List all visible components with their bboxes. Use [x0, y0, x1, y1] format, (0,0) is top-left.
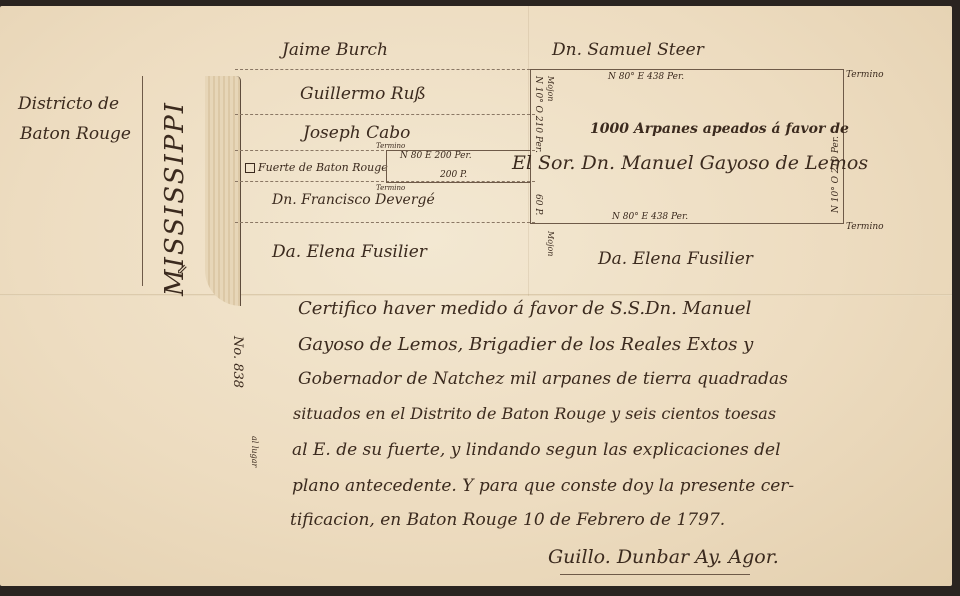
- district-label-line1: Districto de: [18, 94, 119, 114]
- tract-divider: [235, 222, 535, 223]
- strip-south-line: [386, 182, 530, 183]
- corner-termino-se: Termino: [846, 222, 884, 232]
- certificate-line: Gayoso de Lemos, Brigadier de los Reales…: [298, 334, 753, 355]
- fort-label: Fuerte de Baton Rouge: [258, 161, 388, 174]
- tract-owner: Dn. Francisco Devergé: [272, 192, 435, 208]
- south-neighbor: Da. Elena Fusilier: [598, 249, 753, 269]
- document-page: Districto de Baton Rouge MISSISSIPPI ⇙ J…: [0, 6, 952, 586]
- certificate-line: Gobernador de Natchez mil arpanes de tie…: [298, 369, 788, 389]
- tract-south-boundary: [530, 223, 844, 224]
- fold-crease: [0, 294, 952, 296]
- vertical-crease: [528, 6, 529, 296]
- certificate-line: tificacion, en Baton Rouge 10 de Febrero…: [290, 510, 725, 530]
- mojon-label: Mojon: [546, 76, 555, 101]
- tract-divider: [235, 114, 535, 115]
- tract-owner: Da. Elena Fusilier: [272, 242, 427, 262]
- corner-termino-ne: Termino: [846, 70, 884, 80]
- signature: Guillo. Dunbar Ay. Agor.: [548, 546, 779, 568]
- tract-owner: Jaime Burch: [282, 40, 388, 60]
- north-bearing: N 80° E 438 Per.: [608, 72, 684, 82]
- mississippi-river: [205, 76, 241, 306]
- west-bearing-lower: 60 P.: [533, 194, 543, 215]
- strip-termino: Termino: [376, 184, 405, 192]
- strip-bearing-bottom: 200 P.: [440, 170, 467, 180]
- strip-termino: Termino: [376, 142, 405, 150]
- certificate-line: Certifico haver medido á favor de S.S.Dn…: [298, 298, 751, 319]
- tract-owner: Joseph Cabo: [303, 123, 410, 143]
- fort-icon: [245, 163, 255, 173]
- strip-bearing-top: N 80 E 200 Per.: [400, 151, 472, 161]
- flow-arrow-icon: ⇙: [176, 262, 188, 278]
- tract-north-boundary: [530, 69, 844, 70]
- strip-west-line: [386, 150, 387, 182]
- tract-east-boundary: [843, 69, 844, 223]
- signature-flourish: [560, 574, 750, 575]
- district-label-line2: Baton Rouge: [20, 124, 131, 144]
- tract-divider: [235, 69, 535, 70]
- tract-title-line1: 1000 Arpanes apeados á favor de: [590, 121, 849, 137]
- river-west-bank: [120, 76, 143, 286]
- east-bearing: N 10° O 210 Per.: [831, 136, 841, 213]
- certificate-line: al E. de su fuerte, y lindando segun las…: [292, 440, 781, 460]
- tract-title-line2: El Sor. Dn. Manuel Gayoso de Lemos: [512, 152, 868, 174]
- mojon-label: Mojon: [546, 231, 555, 256]
- margin-number: No. 838: [230, 336, 245, 388]
- west-bearing: N 10° O 210 Per.: [533, 76, 543, 153]
- certificate-line: situados en el Distrito de Baton Rouge y…: [293, 404, 776, 423]
- south-bearing: N 80° E 438 Per.: [612, 212, 688, 222]
- tract-owner: Guillermo Ruß: [300, 84, 426, 104]
- north-neighbor: Dn. Samuel Steer: [552, 40, 704, 60]
- certificate-line: plano antecedente. Y para que conste doy…: [292, 476, 794, 496]
- tract-west-boundary: [530, 69, 531, 223]
- margin-annotation: al lugar: [250, 436, 259, 467]
